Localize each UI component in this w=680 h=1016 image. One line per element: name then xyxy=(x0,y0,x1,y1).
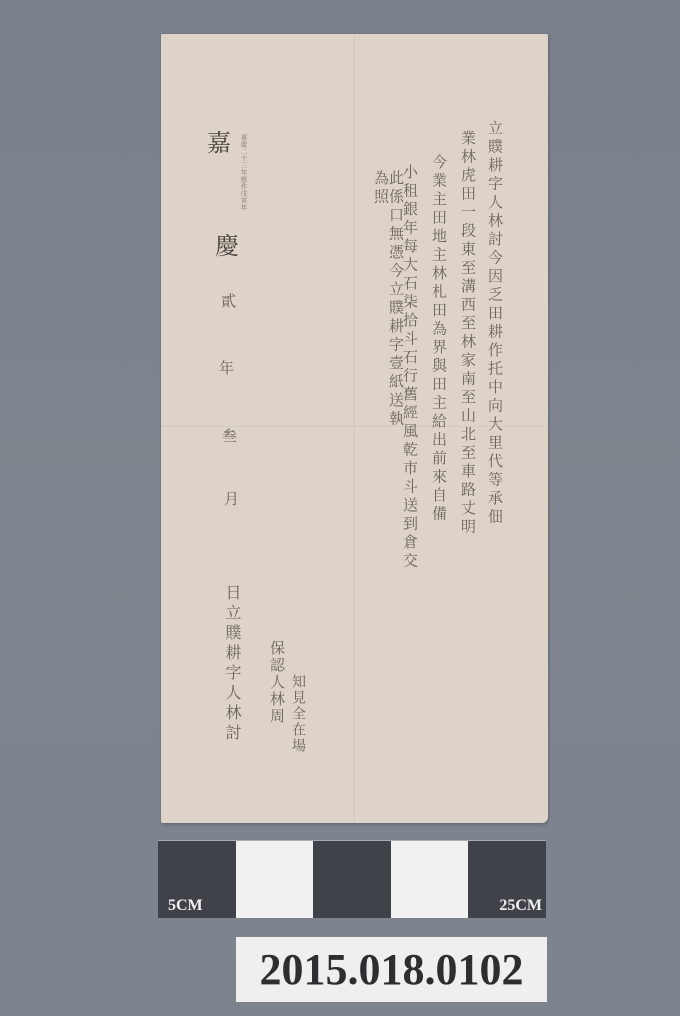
catalog-id-text: 2015.018.0102 xyxy=(260,944,524,995)
date-char-3: 叁 xyxy=(222,429,237,444)
guarantor-column-2: 知見全在場 xyxy=(291,674,305,774)
scale-segment-5: 25CM xyxy=(468,841,546,918)
vertical-fold-line xyxy=(354,34,356,823)
guarantor-column-1: 保認人林周 xyxy=(269,640,284,760)
era-char-qing: 慶 xyxy=(215,234,239,258)
document-paper: 立贌耕字人林討今因乏田耕作托中向大里代等承佃 業林虎田一段東至溝西至林家南至山北… xyxy=(161,34,548,823)
date-char-month: 月 xyxy=(224,492,239,507)
scale-label-5cm: 5CM xyxy=(168,897,203,915)
date-char-year: 年 xyxy=(219,361,234,376)
contract-text-column-1: 立贌耕字人林討今因乏田耕作托中向大里代等承佃 xyxy=(487,120,502,800)
scale-segment-3 xyxy=(313,841,391,918)
contract-text-column-3: 今業主田地主林札田為界與田主給出前來自備 xyxy=(431,154,446,804)
scale-segment-4 xyxy=(391,841,469,918)
scale-label-25cm: 25CM xyxy=(499,897,542,915)
scale-segment-1: 5CM xyxy=(158,841,236,918)
era-annotation: 嘉慶二十三年應作戊寅年 xyxy=(240,134,247,284)
era-char-jia: 嘉 xyxy=(207,131,231,155)
catalog-id-label: 2015.018.0102 xyxy=(236,937,547,1002)
date-char-2: 貳 xyxy=(221,294,236,309)
contract-text-column-5: 此係口無憑今立贌耕字壹紙送執為照 xyxy=(373,170,403,430)
scale-segment-2 xyxy=(236,841,314,918)
signatory-column: 日立贌耕字人林討 xyxy=(224,584,240,744)
contract-text-column-2: 業林虎田一段東至溝西至林家南至山北至車路丈明 xyxy=(460,130,475,800)
scale-bar: 5CM 25CM xyxy=(158,840,546,918)
